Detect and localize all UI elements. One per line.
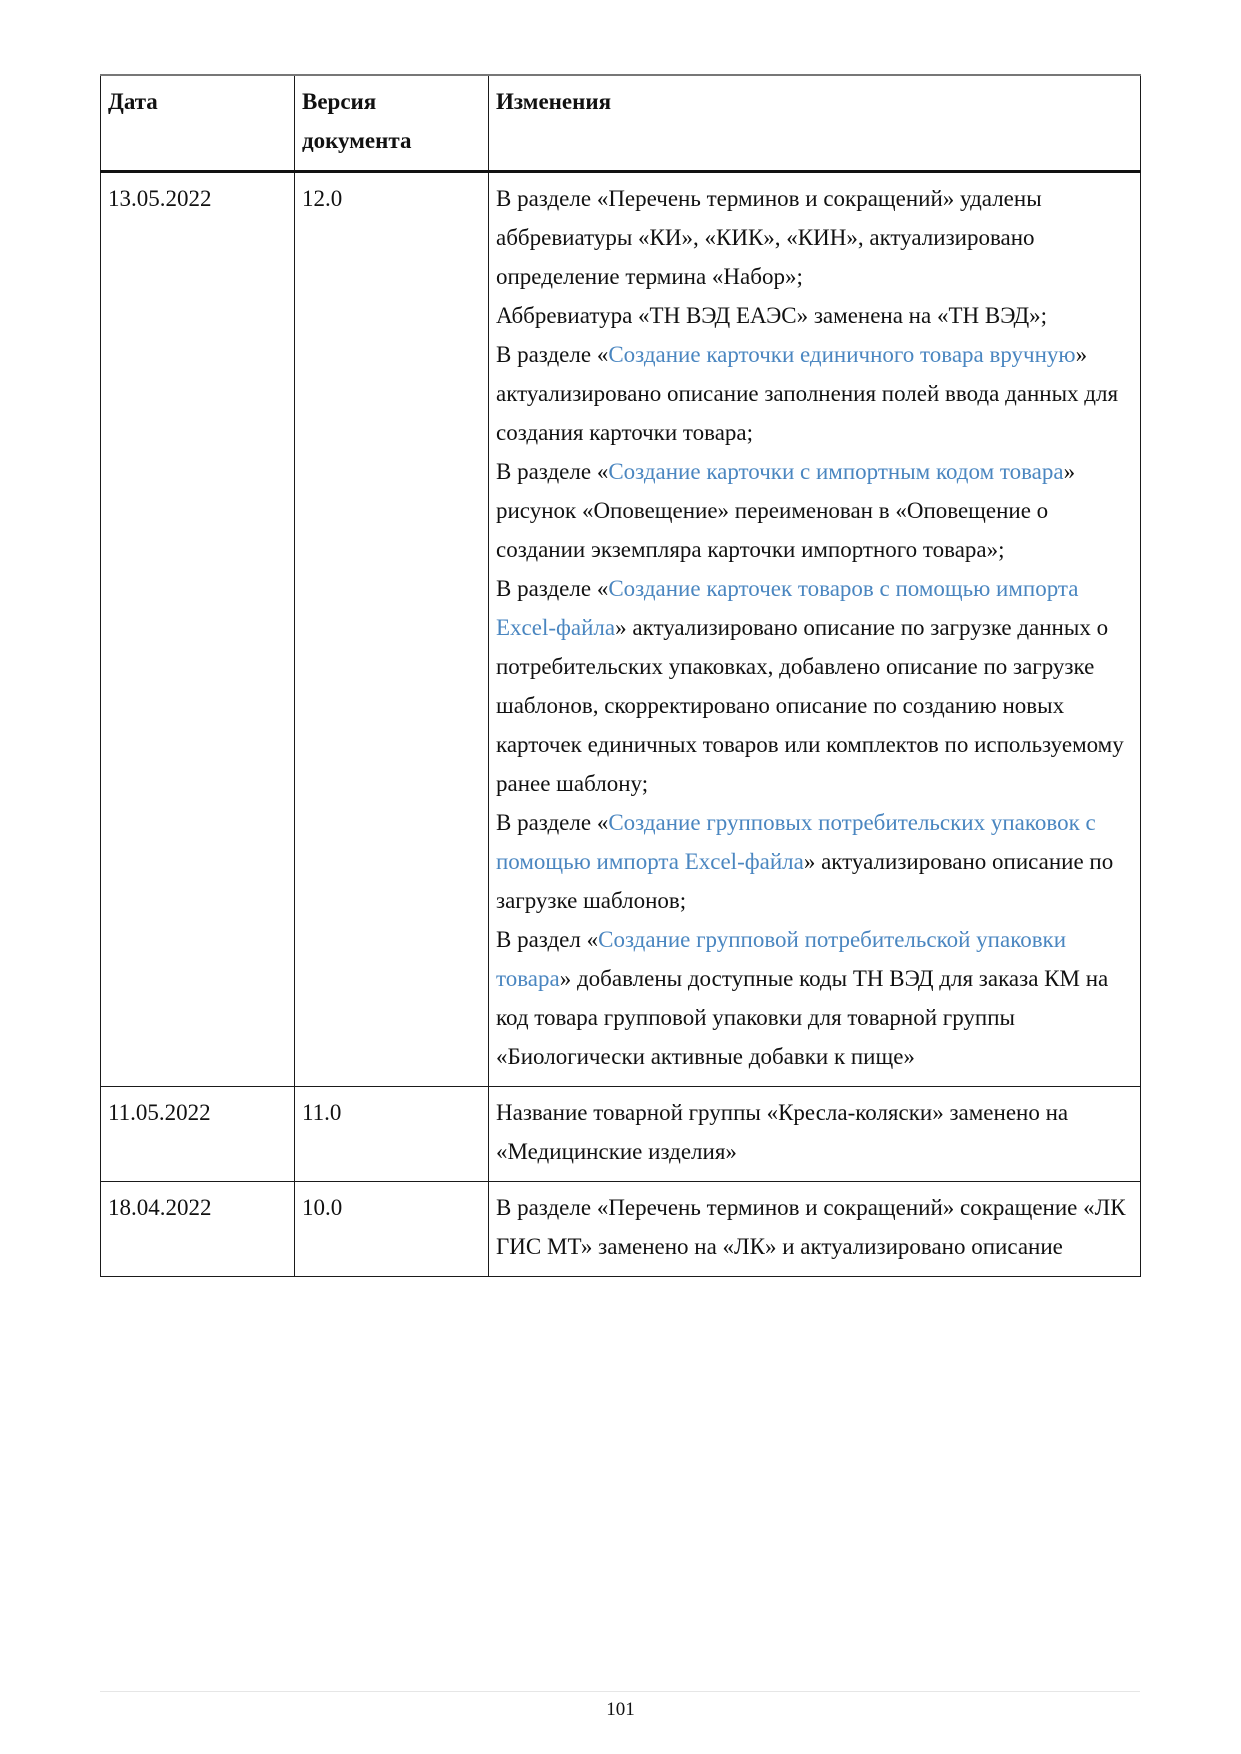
change-text: В разделе « bbox=[496, 810, 608, 835]
change-text: » добавлены доступные коды ТН ВЭД для за… bbox=[496, 966, 1108, 1069]
cell-date: 13.05.2022 bbox=[101, 172, 295, 1087]
change-history-table: Дата Версия документа Изменения 13.05.20… bbox=[100, 74, 1141, 1277]
change-item: Аббревиатура «ТН ВЭД ЕАЭС» заменена на «… bbox=[496, 296, 1133, 335]
change-item: В разделе «Перечень терминов и сокращени… bbox=[496, 179, 1133, 296]
change-text: В раздел « bbox=[496, 927, 598, 952]
footer-divider bbox=[100, 1691, 1140, 1692]
change-item: В разделе «Создание карточки единичного … bbox=[496, 335, 1133, 452]
table-row: 18.04.202210.0В разделе «Перечень термин… bbox=[101, 1182, 1141, 1277]
change-text: В разделе « bbox=[496, 342, 608, 367]
change-text: » актуализировано описание по загрузке д… bbox=[496, 615, 1124, 796]
section-link[interactable]: Создание карточки единичного товара вруч… bbox=[608, 342, 1075, 367]
change-item: В разделе «Создание карточек товаров с п… bbox=[496, 569, 1133, 803]
table-header-row: Дата Версия документа Изменения bbox=[101, 75, 1141, 172]
change-item: В разделе «Создание групповых потребител… bbox=[496, 803, 1133, 920]
change-text: В разделе «Перечень терминов и сокращени… bbox=[496, 186, 1042, 289]
cell-version: 12.0 bbox=[295, 172, 489, 1087]
change-text: В разделе « bbox=[496, 459, 608, 484]
cell-date: 11.05.2022 bbox=[101, 1087, 295, 1182]
table-body: 13.05.202212.0В разделе «Перечень термин… bbox=[101, 172, 1141, 1277]
change-item: В разделе «Перечень терминов и сокращени… bbox=[496, 1188, 1133, 1266]
cell-date: 18.04.2022 bbox=[101, 1182, 295, 1277]
change-item: В разделе «Создание карточки с импортным… bbox=[496, 452, 1133, 569]
change-item: В раздел «Создание групповой потребитель… bbox=[496, 920, 1133, 1076]
header-date: Дата bbox=[101, 75, 295, 172]
section-link[interactable]: Создание карточки с импортным кодом това… bbox=[608, 459, 1063, 484]
header-version: Версия документа bbox=[295, 75, 489, 172]
cell-changes: В разделе «Перечень терминов и сокращени… bbox=[489, 1182, 1141, 1277]
change-item: Название товарной группы «Кресла-коляски… bbox=[496, 1093, 1133, 1171]
cell-version: 10.0 bbox=[295, 1182, 489, 1277]
table-row: 13.05.202212.0В разделе «Перечень термин… bbox=[101, 172, 1141, 1087]
table-row: 11.05.202211.0Название товарной группы «… bbox=[101, 1087, 1141, 1182]
cell-version: 11.0 bbox=[295, 1087, 489, 1182]
change-text: Аббревиатура «ТН ВЭД ЕАЭС» заменена на «… bbox=[496, 303, 1047, 328]
page-number: 101 bbox=[0, 1699, 1241, 1721]
change-text: В разделе « bbox=[496, 576, 608, 601]
change-text: Название товарной группы «Кресла-коляски… bbox=[496, 1100, 1068, 1164]
change-text: В разделе «Перечень терминов и сокращени… bbox=[496, 1195, 1126, 1259]
cell-changes: В разделе «Перечень терминов и сокращени… bbox=[489, 172, 1141, 1087]
header-changes: Изменения bbox=[489, 75, 1141, 172]
cell-changes: Название товарной группы «Кресла-коляски… bbox=[489, 1087, 1141, 1182]
